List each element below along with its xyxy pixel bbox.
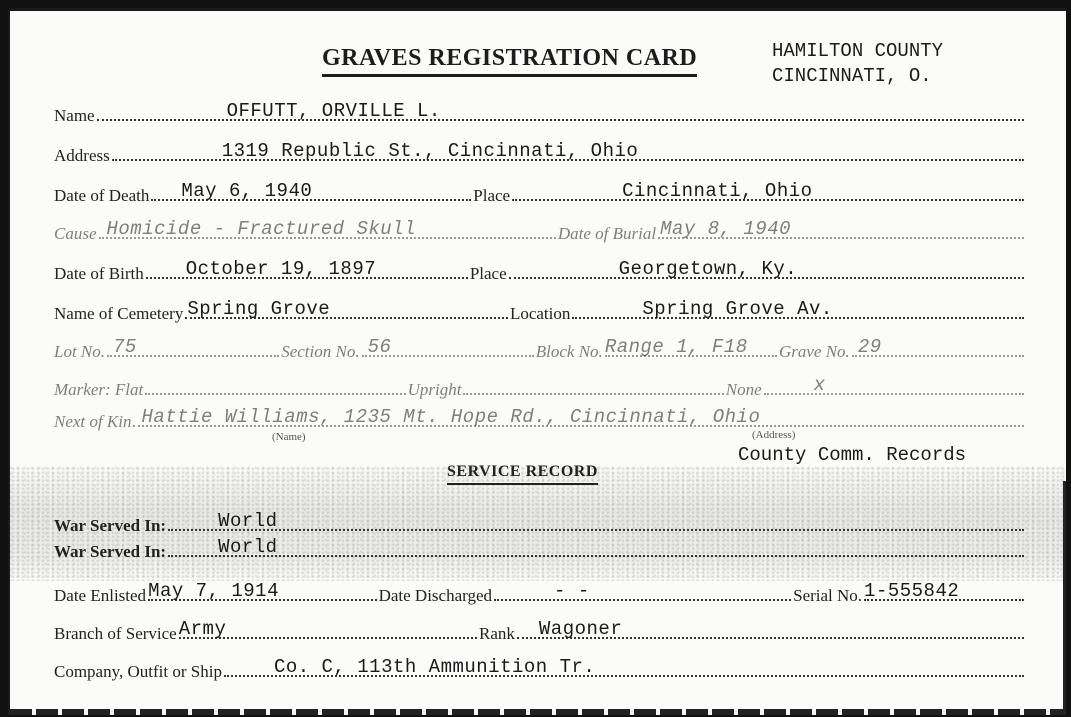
war-served-field-1: World — [168, 511, 1024, 531]
kin-address-caption: (Address) — [752, 429, 795, 441]
lot-no-label: Lot No. — [54, 342, 105, 362]
next-of-kin-row: Next of Kin Hattie Williams, 1235 Mt. Ho… — [54, 407, 1026, 433]
death-place-field: Cincinnati, Ohio — [512, 181, 1024, 201]
date-discharged-label: Date Discharged — [379, 586, 492, 606]
marker-row: Marker: Flat Upright None x — [54, 375, 1026, 401]
war-served-value-1: World — [218, 510, 278, 532]
date-of-death-label: Date of Death — [54, 186, 149, 206]
company-value: Co. C, 113th Ammunition Tr. — [274, 656, 595, 678]
block-no-value: Range 1, F18 — [605, 336, 748, 358]
war-served-field-2: World — [168, 537, 1024, 557]
marker-flat-label: Marker: Flat — [54, 380, 143, 400]
date-enlisted-label: Date Enlisted — [54, 586, 146, 606]
kin-name-caption: (Name) — [272, 431, 306, 443]
card-title: GRAVES REGISTRATION CARD — [322, 45, 697, 77]
marker-flat-field — [145, 375, 405, 395]
serial-no-field: 1-555842 — [864, 581, 1024, 601]
cause-field: Homicide - Fractured Skull — [99, 219, 556, 239]
county-line-1: HAMILTON COUNTY — [772, 39, 943, 64]
cause-value: Homicide - Fractured Skull — [107, 218, 416, 240]
branch-field: Army — [179, 619, 477, 639]
service-record-heading: SERVICE RECORD — [447, 463, 598, 485]
birth-place-label: Place — [470, 264, 507, 284]
date-discharged-field: - - — [494, 581, 791, 601]
plot-row: Lot No. 75 Section No. 56 Block No. Rang… — [54, 337, 1026, 363]
date-enlisted-field: May 7, 1914 — [148, 581, 377, 601]
next-of-kin-value: Hattie Williams, 1235 Mt. Hope Rd., Cinc… — [141, 406, 760, 428]
section-no-label: Section No. — [281, 342, 359, 362]
cemetery-row: Name of Cemetery Spring Grove Location S… — [54, 299, 1026, 325]
marker-upright-label: Upright — [408, 380, 462, 400]
county-line-2: CINCINNATI, O. — [772, 64, 943, 89]
date-of-birth-value: October 19, 1897 — [186, 258, 376, 280]
date-of-birth-label: Date of Birth — [54, 264, 144, 284]
birth-row: Date of Birth October 19, 1897 Place Geo… — [54, 259, 1026, 285]
card-edge — [1063, 481, 1066, 715]
address-label: Address — [54, 146, 110, 166]
date-discharged-value: - - — [554, 580, 590, 602]
date-of-burial-label: Date of Burial — [558, 224, 656, 244]
rank-field: Wagoner — [517, 619, 1024, 639]
block-no-field: Range 1, F18 — [605, 337, 777, 357]
grave-no-value: 29 — [858, 336, 882, 358]
birth-place-value: Georgetown, Ky. — [619, 258, 798, 280]
war-served-row-1: War Served In: World — [54, 511, 1026, 537]
location-value: Spring Grove Av. — [642, 298, 832, 320]
name-field: OFFUTT, ORVILLE L. — [97, 101, 1024, 121]
address-row: Address 1319 Republic St., Cincinnati, O… — [54, 141, 1026, 167]
graves-registration-card: GRAVES REGISTRATION CARD HAMILTON COUNTY… — [8, 8, 1066, 715]
location-label: Location — [510, 304, 570, 324]
marker-none-value: x — [814, 374, 826, 396]
company-label: Company, Outfit or Ship — [54, 662, 222, 682]
cemetery-value: Spring Grove — [187, 298, 330, 320]
cause-label: Cause — [54, 224, 97, 244]
date-of-burial-field: May 8, 1940 — [658, 219, 1024, 239]
next-of-kin-field: Hattie Williams, 1235 Mt. Hope Rd., Cinc… — [133, 407, 1024, 427]
block-no-label: Block No. — [536, 342, 603, 362]
company-row: Company, Outfit or Ship Co. C, 113th Amm… — [54, 657, 1026, 683]
section-no-value: 56 — [368, 336, 392, 358]
branch-value: Army — [179, 618, 227, 640]
county-stamp: HAMILTON COUNTY CINCINNATI, O. — [772, 39, 943, 89]
death-place-label: Place — [473, 186, 510, 206]
date-of-birth-field: October 19, 1897 — [146, 259, 468, 279]
cemetery-label: Name of Cemetery — [54, 304, 183, 324]
branch-row: Branch of Service Army Rank Wagoner — [54, 619, 1026, 645]
war-served-label-1: War Served In: — [54, 516, 166, 536]
serial-no-value: 1-555842 — [864, 580, 959, 602]
marker-upright-field — [463, 375, 723, 395]
date-of-burial-value: May 8, 1940 — [660, 218, 791, 240]
next-of-kin-label: Next of Kin — [54, 412, 131, 432]
lot-no-value: 75 — [113, 336, 137, 358]
serial-no-label: Serial No. — [793, 586, 862, 606]
address-field: 1319 Republic St., Cincinnati, Ohio — [112, 141, 1024, 161]
death-place-value: Cincinnati, Ohio — [622, 180, 812, 202]
marker-none-label: None — [726, 380, 762, 400]
date-enlisted-value: May 7, 1914 — [148, 580, 279, 602]
company-field: Co. C, 113th Ammunition Tr. — [224, 657, 1024, 677]
name-label: Name — [54, 106, 95, 126]
war-served-row-2: War Served In: World — [54, 537, 1026, 563]
cause-row: Cause Homicide - Fractured Skull Date of… — [54, 219, 1026, 245]
grave-no-field: 29 — [852, 337, 1024, 357]
cemetery-field: Spring Grove — [185, 299, 508, 319]
address-value: 1319 Republic St., Cincinnati, Ohio — [222, 140, 639, 162]
rank-label: Rank — [479, 624, 515, 644]
war-served-label-2: War Served In: — [54, 542, 166, 562]
enlistment-row: Date Enlisted May 7, 1914 Date Discharge… — [54, 581, 1026, 607]
grave-no-label: Grave No. — [779, 342, 850, 362]
date-of-death-value: May 6, 1940 — [181, 180, 312, 202]
perforated-edge — [10, 709, 1066, 715]
branch-label: Branch of Service — [54, 624, 177, 644]
location-field: Spring Grove Av. — [572, 299, 1024, 319]
death-row: Date of Death May 6, 1940 Place Cincinna… — [54, 181, 1026, 207]
marker-none-field: x — [764, 375, 1024, 395]
source-note: County Comm. Records — [738, 444, 966, 466]
birth-place-field: Georgetown, Ky. — [509, 259, 1024, 279]
name-row: Name OFFUTT, ORVILLE L. — [54, 101, 1026, 127]
rank-value: Wagoner — [539, 618, 622, 640]
name-value: OFFUTT, ORVILLE L. — [227, 100, 441, 122]
date-of-death-field: May 6, 1940 — [151, 181, 471, 201]
war-served-value-2: World — [218, 536, 278, 558]
lot-no-field: 75 — [107, 337, 279, 357]
section-no-field: 56 — [362, 337, 534, 357]
